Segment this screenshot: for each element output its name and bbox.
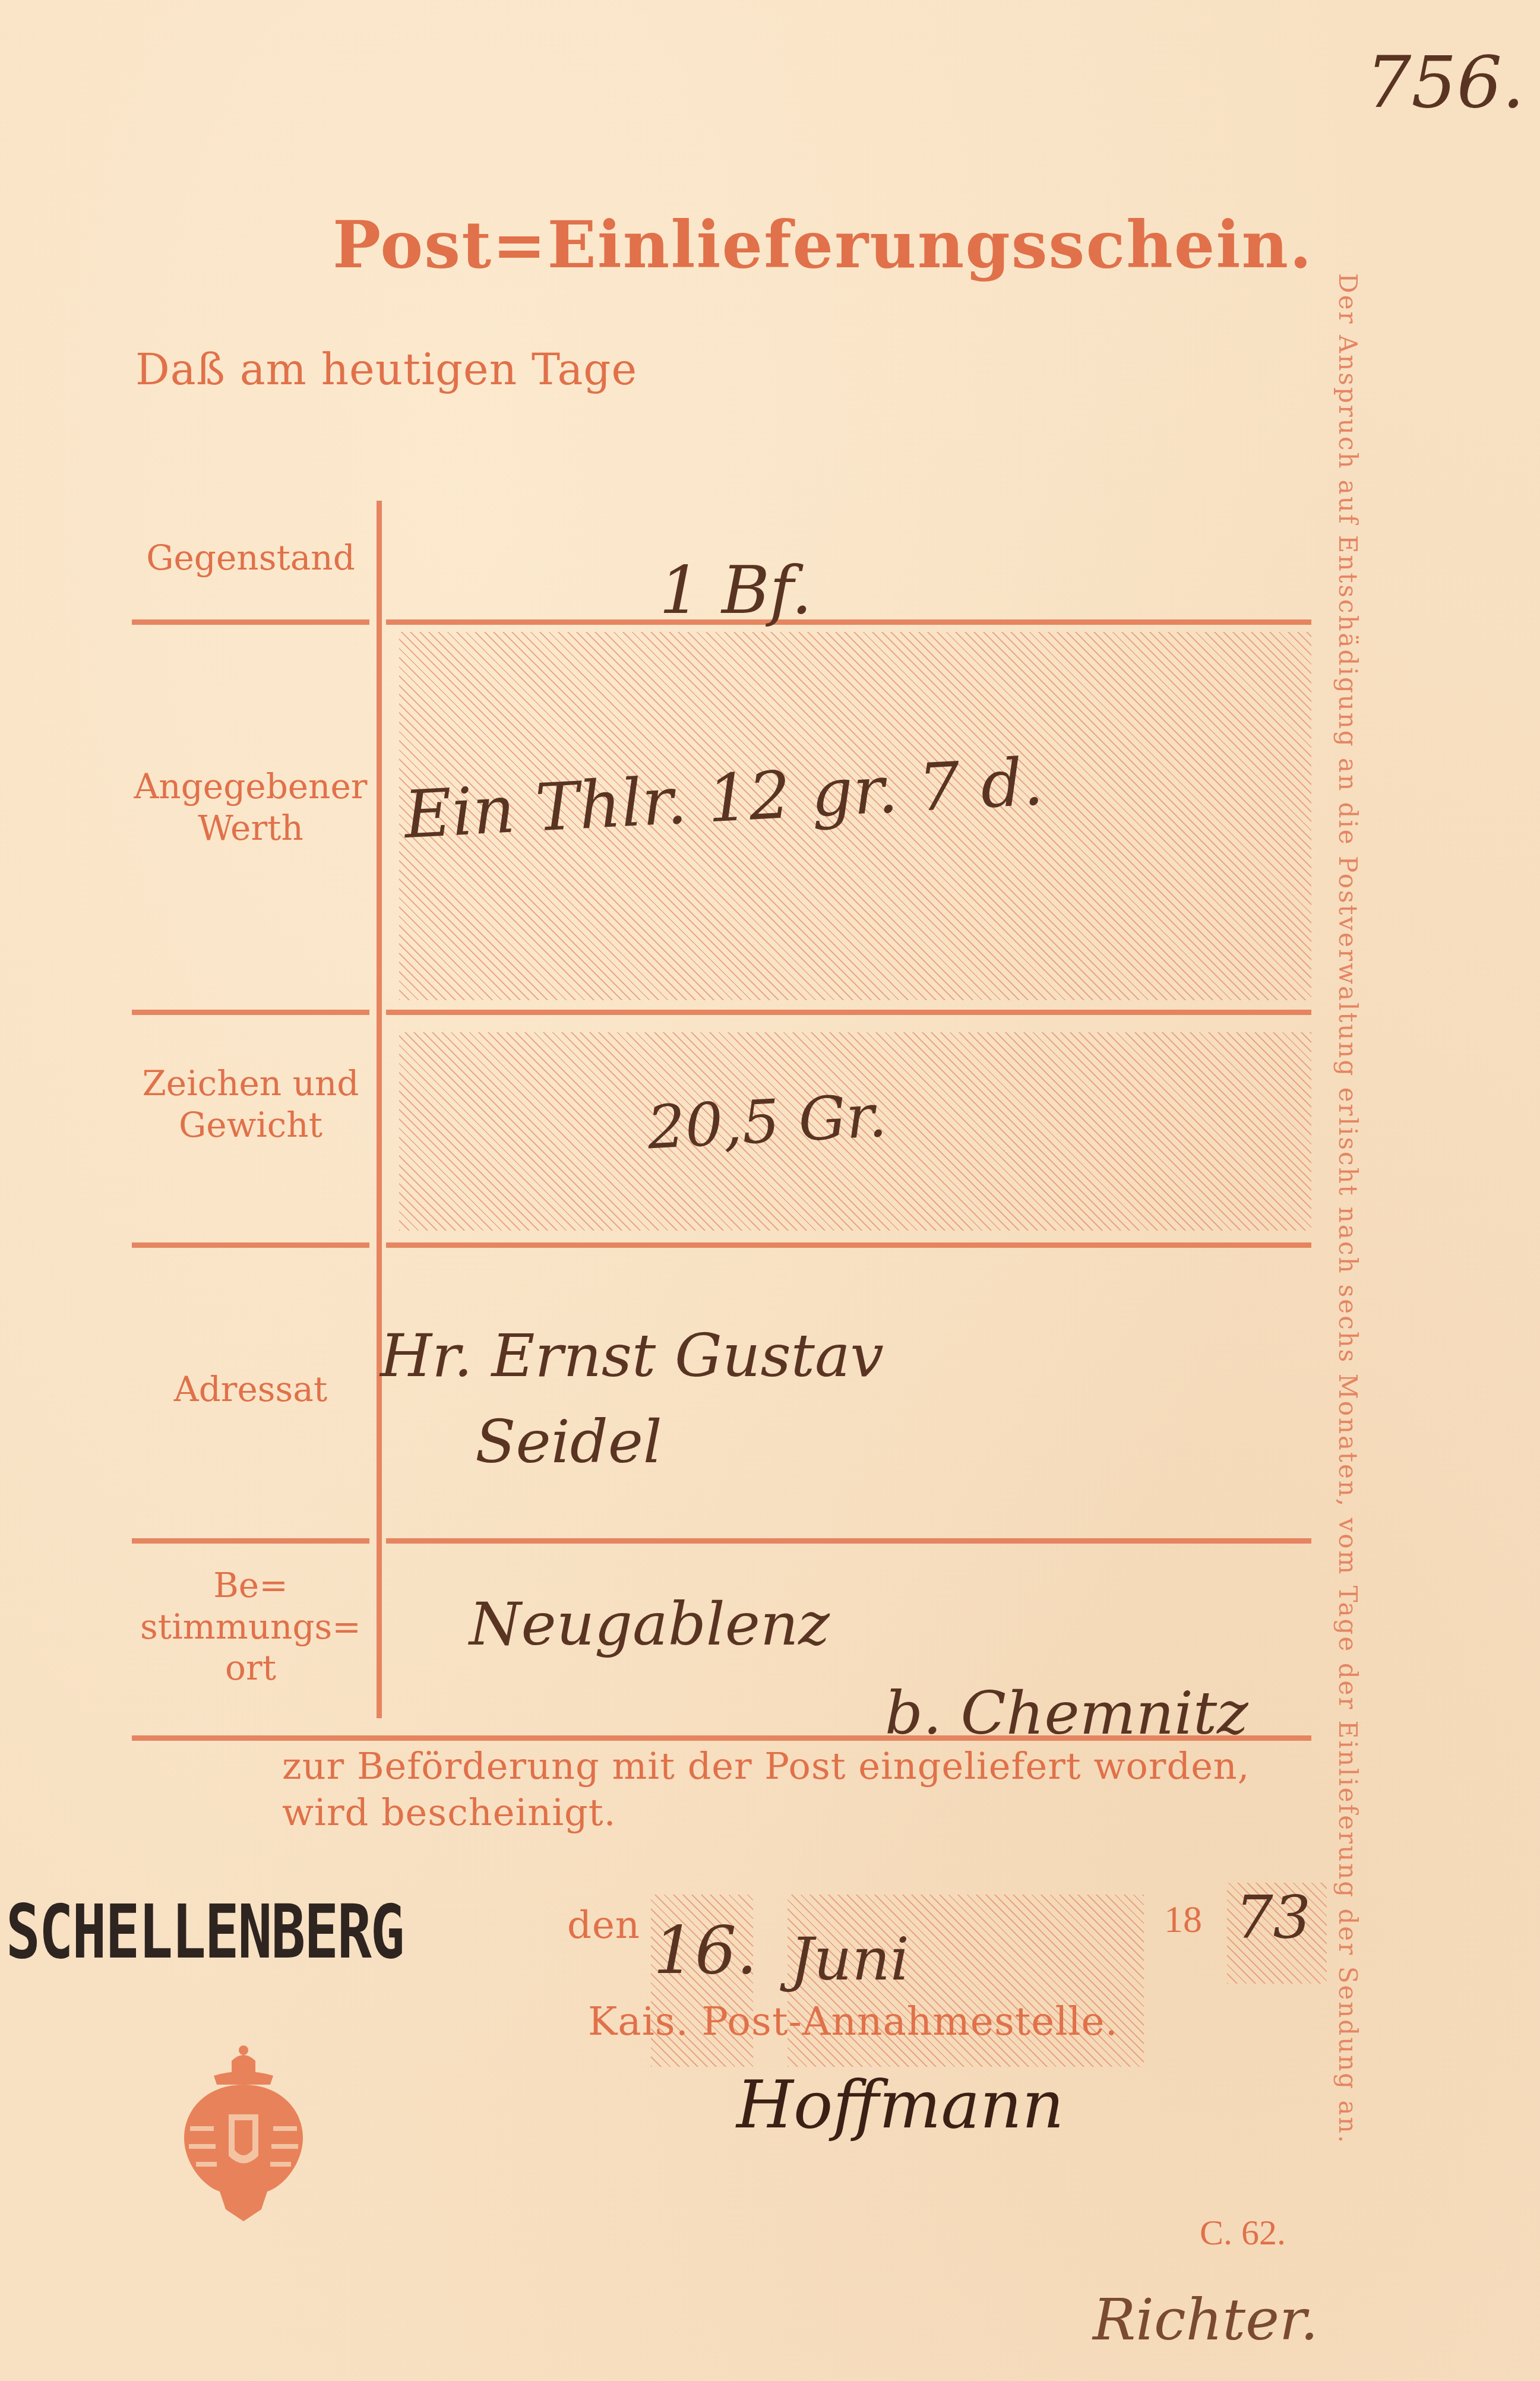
table-column-divider: [377, 501, 382, 1718]
side-notice: Der Anspruch auf Entschädigung an die Po…: [1333, 273, 1362, 2085]
label-line: Gegenstand: [132, 537, 369, 579]
label-line: Adressat: [132, 1369, 369, 1411]
label-line: Gewicht: [132, 1105, 369, 1146]
row-divider: [386, 1010, 1311, 1015]
value-bestimmungsort: Neugablenz b. Chemnitz: [469, 1580, 1248, 1758]
closing-line: zur Beförderung mit der Post eingeliefer…: [282, 1743, 1250, 1789]
label-line: Zeichen und: [132, 1063, 369, 1105]
page-title: Post=Einlieferungsschein.: [333, 208, 1128, 283]
label-gegenstand: Gegenstand: [132, 537, 369, 579]
office-label: Kais. Post-Annahmestelle.: [588, 1999, 1118, 2044]
value-line: Neugablenz: [469, 1580, 1248, 1669]
value-zeichen-gewicht: 20,5 Gr.: [646, 1081, 888, 1163]
row-divider: [132, 619, 369, 625]
den-label: den: [567, 1903, 640, 1947]
label-angegebener-werth: Angegebener Werth: [132, 766, 369, 849]
row-divider: [132, 1010, 369, 1015]
date-year: 73: [1235, 1883, 1311, 1952]
label-line: stimmungs=: [132, 1607, 369, 1648]
row-divider: [386, 1538, 1311, 1544]
label-line: Angegebener: [132, 766, 369, 808]
value-gegenstand: 1 Bf.: [659, 552, 812, 628]
bottom-signature: Richter.: [1093, 2287, 1318, 2353]
intro-text: Daß am heutigen Tage: [135, 344, 637, 394]
label-line: Be=: [132, 1565, 369, 1607]
row-divider: [386, 1242, 1311, 1248]
date-century: 18: [1164, 1898, 1202, 1942]
date-month: Juni: [790, 1924, 909, 1994]
row-divider: [386, 619, 1311, 625]
closing-text: zur Beförderung mit der Post eingeliefer…: [282, 1743, 1250, 1835]
form-code: C. 62.: [1200, 2212, 1286, 2253]
row-divider: [132, 1242, 369, 1248]
closing-line: wird bescheinigt.: [282, 1789, 1250, 1836]
label-line: ort: [132, 1648, 369, 1689]
value-adressat: Hr. Ernst Gustav Seidel: [380, 1313, 884, 1485]
label-adressat: Adressat: [132, 1369, 369, 1411]
label-zeichen-gewicht: Zeichen und Gewicht: [132, 1063, 369, 1146]
label-line: Werth: [132, 808, 369, 849]
date-day: 16.: [653, 1912, 757, 1988]
value-line: Seidel: [380, 1399, 884, 1485]
value-line: Hr. Ernst Gustav: [380, 1313, 884, 1399]
clerk-signature: Hoffmann: [736, 2067, 1064, 2143]
imperial-eagle-icon: [172, 2043, 315, 2221]
archive-number: 756.: [1366, 42, 1525, 124]
row-divider: [132, 1538, 369, 1544]
place-stamp: SCHELLENBERG: [6, 1889, 404, 1975]
label-bestimmungsort: Be= stimmungs= ort: [132, 1565, 369, 1689]
